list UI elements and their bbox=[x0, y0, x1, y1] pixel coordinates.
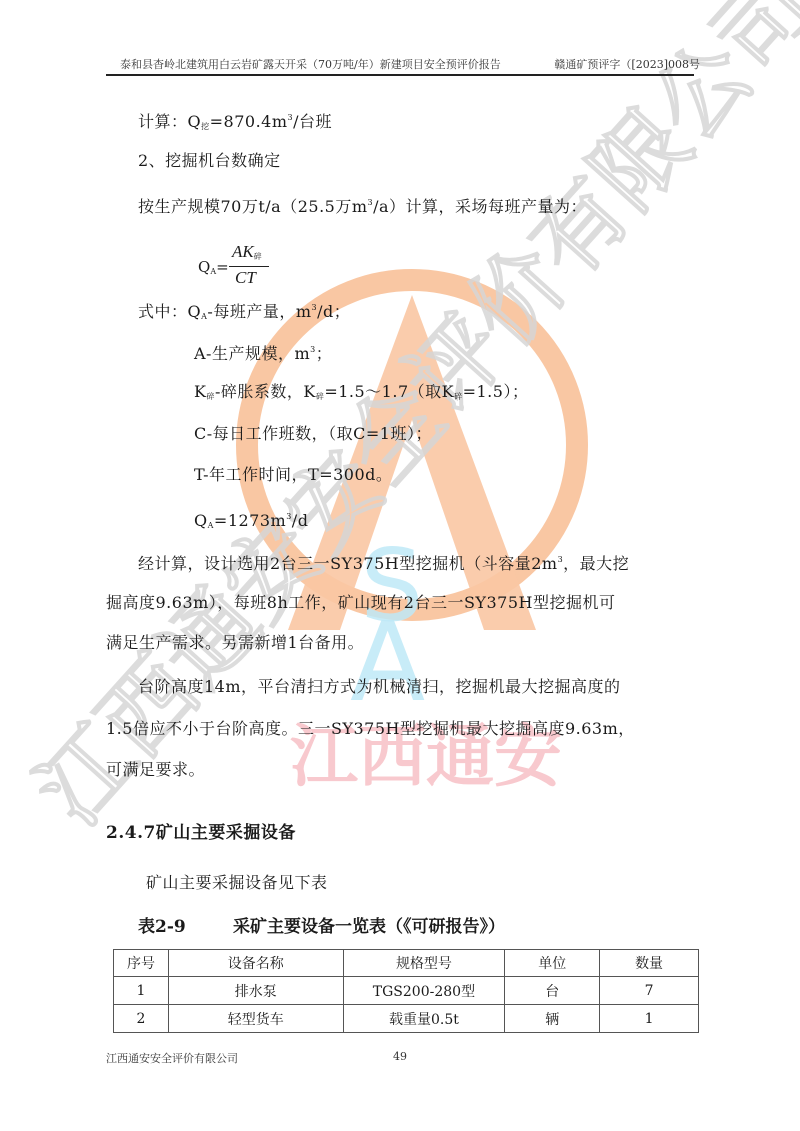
table-header-row: 序号 设备名称 规格型号 单位 数量 bbox=[114, 950, 699, 977]
para1-line2: 掘高度9.63m），每班8h工作，矿山现有2台三一SY375H型挖掘机可 bbox=[106, 593, 615, 613]
table-cell: 7 bbox=[600, 977, 699, 1005]
table-cell: 载重量0.5t bbox=[343, 1005, 505, 1033]
header-cell: 设备名称 bbox=[168, 950, 343, 977]
subheading: 2、挖掘机台数确定 bbox=[138, 151, 281, 171]
header-cell: 单位 bbox=[505, 950, 600, 977]
table-cell: 2 bbox=[114, 1005, 169, 1033]
header-cell: 数量 bbox=[600, 950, 699, 977]
table-row: 2 轻型货车 载重量0.5t 辆 1 bbox=[114, 1005, 699, 1033]
para1-line3: 满足生产需求。另需新增1台备用。 bbox=[106, 633, 364, 653]
para1-line1: 经计算，设计选用2台三一SY375H型挖掘机（斗容量2m3，最大挖 bbox=[138, 550, 629, 574]
table-row: 1 排水泵 TGS200-280型 台 7 bbox=[114, 977, 699, 1005]
definition-t: T-年工作时间，T=300d。 bbox=[194, 465, 392, 485]
table-cell: 轻型货车 bbox=[168, 1005, 343, 1033]
result-qa: QA=1273m3/d bbox=[194, 507, 308, 536]
definition-c: C-每日工作班数，（取C=1班）； bbox=[194, 424, 432, 444]
section-title: 2.4.7矿山主要采掘设备 bbox=[106, 818, 296, 843]
page-number: 49 bbox=[393, 1050, 407, 1063]
calc-value: =870.4m bbox=[210, 112, 288, 131]
svg-text:S: S bbox=[360, 527, 423, 644]
svg-text:江西通安安全评价有限公司: 江西通安安全评价有限公司 bbox=[17, 0, 800, 845]
footer-company: 江西通安安全评价有限公司 bbox=[106, 1050, 238, 1066]
table-caption: 表2-9采矿主要设备一览表（《可研报告》） bbox=[138, 912, 505, 937]
table-cell: 1 bbox=[600, 1005, 699, 1033]
table-cell: TGS200-280型 bbox=[343, 977, 505, 1005]
calc-suffix: /台班 bbox=[293, 112, 332, 131]
header-cell: 规格型号 bbox=[343, 950, 505, 977]
formula-lhs: QA= bbox=[198, 258, 229, 276]
table-cell: 1 bbox=[114, 977, 169, 1005]
formula-numerator: AK碎 bbox=[232, 242, 262, 262]
definition-a: A-生产规模，m3； bbox=[194, 340, 332, 364]
table-cell: 台 bbox=[505, 977, 600, 1005]
equipment-table: 序号 设备名称 规格型号 单位 数量 1 排水泵 TGS200-280型 台 7… bbox=[113, 949, 699, 1033]
svg-text:A: A bbox=[350, 598, 425, 726]
header-doc-number: 赣通矿预评字（[2023]008号 bbox=[554, 56, 700, 72]
para2-line3: 可满足要求。 bbox=[106, 760, 205, 780]
table-cell: 排水泵 bbox=[168, 977, 343, 1005]
production-line: 按生产规模70万t/a（25.5万m3/a）计算，采场每班产量为： bbox=[138, 193, 587, 217]
section-intro: 矿山主要采掘设备见下表 bbox=[146, 873, 328, 893]
table-caption-title: 采矿主要设备一览表（《可研报告》） bbox=[233, 917, 505, 937]
fraction-bar bbox=[229, 266, 269, 267]
formula-denominator: CT bbox=[235, 268, 256, 288]
header-title: 泰和县杳岭北建筑用白云岩矿露天开采（70万吨/年）新建项目安全预评价报告 bbox=[120, 56, 501, 72]
document-page: S A 江西通安 江西通安安全评价有限公司 泰和县杳岭北建筑用白云岩矿露天开采（… bbox=[0, 0, 800, 1131]
page-header: 泰和县杳岭北建筑用白云岩矿露天开采（70万吨/年）新建项目安全预评价报告 赣通矿… bbox=[120, 52, 700, 72]
calc-result-line: 计算：Q挖=870.4m3/台班 bbox=[138, 108, 332, 137]
para2-line1: 台阶高度14m，平台清扫方式为机械清扫，挖掘机最大挖掘高度的 bbox=[138, 677, 621, 697]
production-text-b: /a）计算，采场每班产量为： bbox=[373, 197, 587, 216]
definition-qa: 式中：QA-每班产量，m3/d； bbox=[138, 298, 350, 327]
header-cell: 序号 bbox=[114, 950, 169, 977]
para2-line2: 1.5倍应不小于台阶高度。三一SY375H型挖掘机最大挖掘高度9.63m， bbox=[106, 719, 635, 739]
calc-subscript: 挖 bbox=[201, 122, 210, 131]
table-caption-number: 表2-9 bbox=[138, 912, 233, 937]
production-text-a: 按生产规模70万t/a（25.5万m bbox=[138, 197, 368, 216]
table-cell: 辆 bbox=[505, 1005, 600, 1033]
header-divider bbox=[106, 74, 694, 76]
calc-text: 计算：Q bbox=[138, 112, 201, 131]
definition-k: K碎-碎胀系数，K碎=1.5～1.7（取K碎=1.5）； bbox=[194, 382, 528, 407]
